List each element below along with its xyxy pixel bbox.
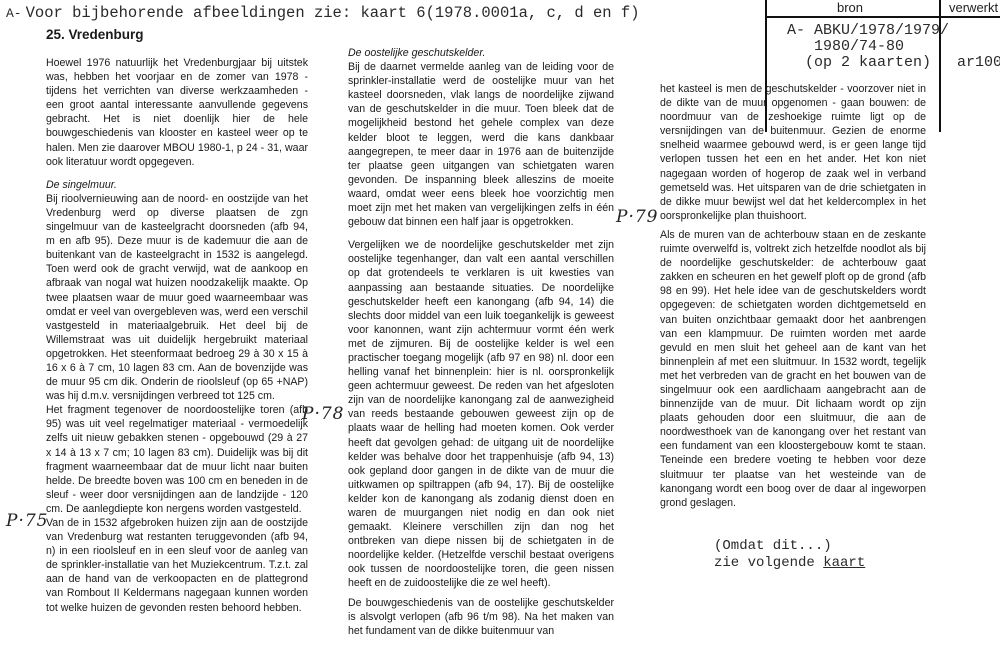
section-title: 25. Vredenburg [46, 27, 144, 42]
text-column-1: Hoewel 1976 natuurlijk het Vredenburgjaa… [46, 56, 308, 615]
paragraph: Als de muren van de achterbouw staan en … [660, 228, 926, 510]
continuation-line-1: (Omdat dit...) [714, 538, 832, 554]
text-column-3: het kasteel is men de geschutskelder - v… [660, 82, 926, 510]
continuation-line-2: zie volgende [714, 555, 823, 571]
subheading-singelmuur: De singelmuur. [46, 178, 308, 192]
verwerkt-value: ar1002 [957, 54, 1000, 71]
paragraph: Bij de daarnet vermelde aanleg van de le… [348, 60, 614, 229]
continuation-kaart: kaart [823, 555, 865, 571]
bron-value: A- ABKU/1978/1979/ 1980/74-80 (op 2 kaar… [787, 23, 949, 71]
column-header-verwerkt: verwerkt [949, 0, 998, 15]
text-column-2: De oostelijke geschutskelder. Bij de daa… [348, 46, 614, 638]
paragraph: Vergelijken we de noordelijke geschutske… [348, 238, 614, 590]
continuation-note: (Omdat dit...) zie volgende kaart [714, 538, 865, 572]
handwritten-page-mark-79: P·79 [616, 207, 658, 227]
paragraph: Het fragment tegenover de noordoostelijk… [46, 403, 308, 516]
handwritten-page-mark-78: P·78 [302, 404, 344, 424]
table-header-rule [765, 16, 1000, 18]
subheading-oostelijke-geschutskelder: De oostelijke geschutskelder. [348, 46, 614, 60]
paragraph: Bij rioolvernieuwing aan de noord- en oo… [46, 192, 308, 403]
header-text: Voor bijbehorende afbeeldingen zie: kaar… [26, 4, 640, 22]
handwritten-page-mark-75: P·75 [6, 511, 48, 531]
card-header-reference: A-Voor bijbehorende afbeeldingen zie: ka… [6, 4, 640, 22]
paragraph: Van de in 1532 afgebroken huizen zijn aa… [46, 516, 308, 615]
column-header-bron: bron [837, 0, 863, 15]
paragraph: De bouwgeschiedenis van de oostelijke ge… [348, 596, 614, 638]
intro-paragraph: Hoewel 1976 natuurlijk het Vredenburgjaa… [46, 56, 308, 169]
header-prefix: A- [6, 6, 22, 21]
paragraph: het kasteel is men de geschutskelder - v… [660, 82, 926, 223]
